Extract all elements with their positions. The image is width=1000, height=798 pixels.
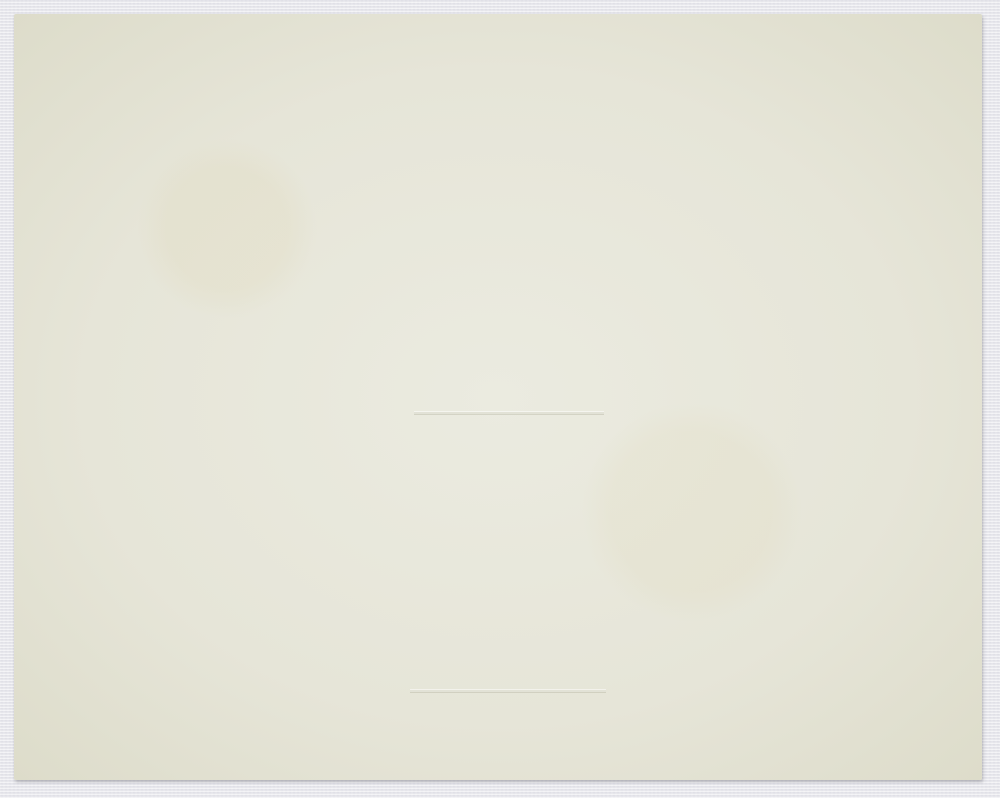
blank-card bbox=[14, 14, 982, 780]
embossed-top-band bbox=[280, 90, 750, 98]
embossed-divider-lower bbox=[410, 690, 606, 692]
embossed-divider-upper bbox=[414, 412, 604, 414]
